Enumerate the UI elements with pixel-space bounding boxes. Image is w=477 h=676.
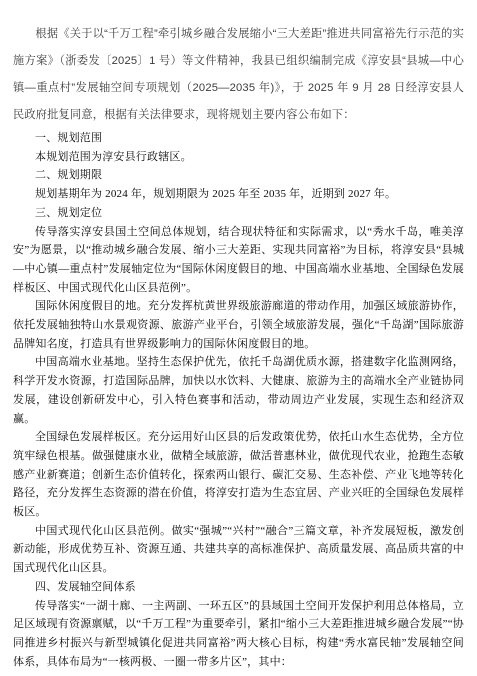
body-paragraph: 中国高端水业基地。坚持生态保护优先，依托千岛湖优质水源，搭建数字化监测网络，科学… bbox=[13, 353, 464, 428]
document-page: 根据《关于以“千万工程”牵引城乡融合发展缩小“三大差距”推进共同富裕先行示范的实… bbox=[0, 0, 477, 676]
section-heading: 四、发展轴空间体系 bbox=[13, 578, 464, 597]
section-heading: 一、规划范围 bbox=[13, 129, 464, 148]
body-paragraph: 中国式现代化山区县范例。做实“强城”“兴村”“融合”三篇文章，补齐发展短板，激发… bbox=[13, 522, 464, 578]
body-paragraph: 传导落实淳安县国土空间总体规划，结合现状特征和实际需求，以“秀水千岛，唯美淳安”… bbox=[13, 223, 464, 298]
body-paragraph: 本规划范围为淳安县行政辖区。 bbox=[13, 148, 464, 167]
body-paragraph: 传导落实“一湖十廊、一主两副、一环五区”的县域国土空间开发保护利用总体格局，立足… bbox=[13, 597, 464, 672]
body-paragraph: 全国绿色发展样板区。充分运用好山区县的后发政策优势，依托山水生态优势，全方位筑牢… bbox=[13, 428, 464, 522]
intro-paragraph: 根据《关于以“千万工程”牵引城乡融合发展缩小“三大差距”推进共同富裕先行示范的实… bbox=[13, 21, 464, 129]
section-heading: 三、规划定位 bbox=[13, 204, 464, 223]
document-sections: 一、规划范围本规划范围为淳安县行政辖区。二、规划期限规划基期年为 2024 年，… bbox=[13, 129, 464, 671]
body-paragraph: 国际休闲度假目的地。充分发挥杭黄世界级旅游廊道的带动作用，加强区域旅游协作，依托… bbox=[13, 297, 464, 353]
body-paragraph: 规划基期年为 2024 年，规划期限为 2025 年至 2035 年，近期到 2… bbox=[13, 185, 464, 204]
section-heading: 二、规划期限 bbox=[13, 166, 464, 185]
